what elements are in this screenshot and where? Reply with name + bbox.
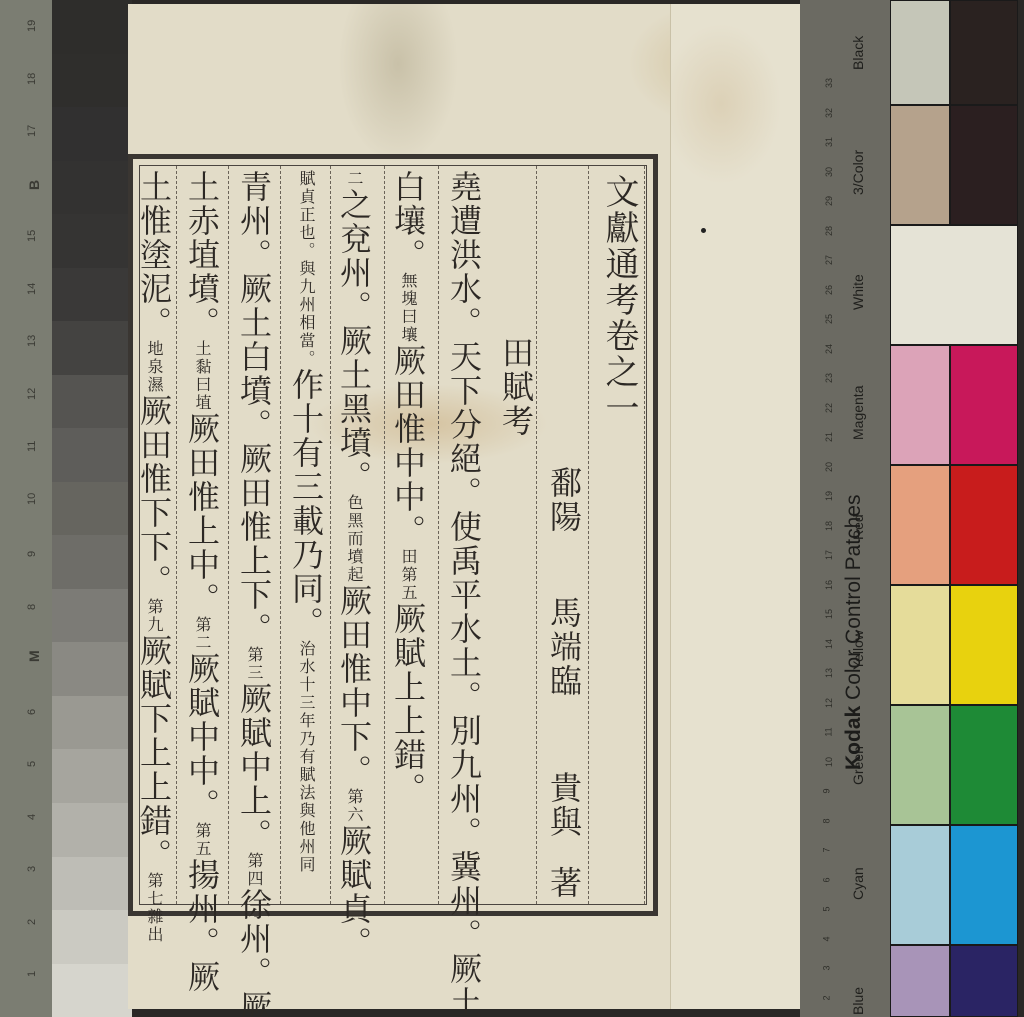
- ruler-number: 19: [824, 491, 834, 501]
- annotation: 第二: [193, 616, 212, 652]
- patch-yellow-light: [890, 585, 950, 705]
- ruler-tick: 8: [26, 580, 38, 610]
- ruler-number: 16: [824, 579, 834, 589]
- ruler-number: 9: [822, 788, 832, 793]
- annotation: 色黑而墳起: [345, 494, 364, 584]
- ruler-number: 10: [824, 756, 834, 766]
- author-verb: 著: [548, 866, 580, 900]
- main-text: 土惟塗泥。: [135, 170, 173, 340]
- annotation: 賦貞正也。與九州相當。: [297, 170, 316, 368]
- author-place: 鄱陽: [548, 466, 580, 534]
- gray-step: [52, 910, 132, 964]
- annotation: 二: [345, 170, 364, 188]
- ruler-tick: M: [26, 632, 42, 662]
- grayscale-ruler: 191817B15141312111098M654321: [0, 0, 52, 1017]
- ruler-tick: 5: [26, 737, 38, 767]
- ruler-number: 33: [824, 78, 834, 88]
- main-text: 厥田惟下下。: [135, 394, 173, 598]
- text-column-3: 二之兗州。厥土黑墳。色黑而墳起厥田惟中下。第六厥賦貞。: [338, 170, 370, 960]
- annotation: 第五: [193, 822, 212, 858]
- main-text: 厥賦中中。: [183, 652, 221, 822]
- kodak-logo: Kodak: [842, 706, 865, 770]
- text-column-1: 堯遭洪水。天下分絕。使禹平水土。別九州。冀州。厥土: [448, 170, 480, 1017]
- main-text: 揚州。厥: [183, 858, 221, 994]
- patch-yellow-dark: [950, 585, 1018, 705]
- ruler-number: 29: [824, 196, 834, 206]
- ruler-tick: 9: [26, 527, 38, 557]
- patch-label-blue: Blue: [850, 987, 866, 1015]
- ruler-number: 17: [824, 550, 834, 560]
- patch-3color-light: [890, 105, 950, 225]
- column-divider: [644, 166, 645, 904]
- main-text: 厥田惟中中。: [389, 344, 427, 548]
- gray-step: [52, 428, 132, 482]
- column-divider: [280, 166, 281, 904]
- ruler-tick: B: [26, 160, 42, 190]
- volume-title: 文獻通考卷之一: [602, 174, 636, 426]
- main-text: 厥賦中上。: [235, 682, 273, 852]
- ruler-tick: 3: [26, 842, 38, 872]
- column-divider: [588, 166, 589, 904]
- ruler-tick: 14: [26, 265, 38, 295]
- column-divider: [438, 166, 439, 904]
- annotation: 第七雜出: [145, 872, 164, 944]
- section-title: 田賦考: [500, 336, 532, 438]
- patch-label-3color: 3/Color: [850, 150, 866, 195]
- main-text: 厥田惟中下。: [335, 584, 373, 788]
- patch-black-light: [890, 0, 950, 105]
- gray-step: [52, 0, 132, 54]
- ruler-tick: 4: [26, 790, 38, 820]
- patch-label-magenta: Magenta: [850, 386, 866, 440]
- patch-label-black: Black: [850, 36, 866, 70]
- patch-green-dark: [950, 705, 1018, 825]
- ruler-number: 25: [824, 314, 834, 324]
- gray-step: [52, 54, 132, 108]
- ruler-number: 15: [824, 609, 834, 619]
- ruler-number: 20: [824, 461, 834, 471]
- patch-white: [890, 225, 1018, 345]
- ruler-number: 28: [824, 225, 834, 235]
- patch-blue-light: [890, 945, 950, 1017]
- ruler-number: 26: [824, 284, 834, 294]
- main-text: 土赤埴墳。: [183, 170, 221, 340]
- gray-step: [52, 107, 132, 161]
- main-text: 之兗州。厥土黑墳。: [335, 188, 373, 494]
- gray-step: [52, 696, 132, 750]
- ruler-number: 23: [824, 373, 834, 383]
- gray-step: [52, 375, 132, 429]
- author-courtesy-name: 貴與: [548, 771, 580, 839]
- annotation: 無塊曰壤: [399, 272, 418, 344]
- text-column-5: 青州。厥土白墳。厥田惟上下。第三厥賦中上。第四徐州。厥: [238, 170, 270, 1017]
- ruler-tick: 6: [26, 685, 38, 715]
- patch-label-white: White: [850, 274, 866, 310]
- patch-cyan-light: [890, 825, 950, 945]
- annotation: 土黏曰埴: [193, 340, 212, 412]
- gray-step: [52, 857, 132, 911]
- gray-step: [52, 321, 132, 375]
- text-column-2: 白壤。無塊曰壤厥田惟中中。田第五厥賦上上錯。: [392, 170, 424, 806]
- ruler-tick: 2: [26, 895, 38, 925]
- main-text: 青州。厥土白墳。厥田惟上下。: [235, 170, 273, 646]
- gray-step: [52, 803, 132, 857]
- ruler-number: 24: [824, 343, 834, 353]
- ruler-tick: 15: [26, 212, 38, 242]
- patch-magenta-light: [890, 345, 950, 465]
- patch-red-dark: [950, 465, 1018, 585]
- ruler-number: 11: [824, 727, 834, 736]
- ruler-number: 13: [824, 668, 834, 678]
- annotation: 地泉濕: [145, 340, 164, 394]
- patch-magenta-dark: [950, 345, 1018, 465]
- patch-3color-dark: [950, 105, 1018, 225]
- ruler-tick: 18: [26, 55, 38, 85]
- text-column-4: 賦貞正也。與九州相當。作十有三載乃同。治水十三年乃有賦法與他州同: [290, 170, 322, 874]
- main-text: 白壤。: [389, 170, 427, 272]
- gray-step: [52, 749, 132, 803]
- ink-spot: [701, 228, 706, 233]
- text-column-6: 土赤埴墳。土黏曰埴厥田惟上中。第二厥賦中中。第五揚州。厥: [186, 170, 218, 994]
- patch-green-light: [890, 705, 950, 825]
- gray-step: [52, 589, 132, 643]
- ruler-number: 2: [822, 995, 832, 1000]
- annotation: 治水十三年乃有賦法與他州同: [297, 640, 316, 874]
- ruler-number: 5: [822, 906, 832, 911]
- ruler-number: 7: [822, 847, 832, 852]
- text-block-inner-border: 文獻通考卷之一 鄱陽 馬端臨 貴與 著 田賦考 堯遭洪水。天下分絕。使禹平水土。…: [139, 165, 647, 905]
- patch-black-dark: [950, 0, 1018, 105]
- main-text: 作十有三載乃同。: [287, 368, 325, 640]
- ruler-tick: 13: [26, 317, 38, 347]
- ruler-number: 8: [822, 818, 832, 823]
- ruler-number: 3: [822, 965, 832, 970]
- gray-step: [52, 535, 132, 589]
- kodak-target-title: Kodak Color Control Patches: [842, 495, 866, 770]
- ruler-number: 21: [824, 432, 834, 442]
- main-text: 厥賦下上上錯。: [135, 634, 173, 872]
- ruler-tick: 10: [26, 475, 38, 505]
- grayscale-step-strip: [52, 0, 132, 1017]
- ruler-tick: 17: [26, 107, 38, 137]
- gray-step: [52, 214, 132, 268]
- book-spine-fold: [670, 4, 801, 1009]
- annotation: 第三: [245, 646, 264, 682]
- main-text: 厥賦貞。: [335, 824, 373, 960]
- main-text: 厥田惟上中。: [183, 412, 221, 616]
- author-name: 馬端臨: [548, 596, 580, 698]
- ruler-tick: 11: [26, 422, 38, 452]
- ruler-number: 30: [824, 166, 834, 176]
- text-block-frame: 文獻通考卷之一 鄱陽 馬端臨 貴與 著 田賦考 堯遭洪水。天下分絕。使禹平水土。…: [128, 154, 658, 916]
- ruler-number: 4: [822, 936, 832, 941]
- column-divider: [384, 166, 385, 904]
- ruler-number: 18: [824, 520, 834, 530]
- main-text: 徐州。厥: [235, 888, 273, 1017]
- ruler-number: 6: [822, 877, 832, 882]
- ruler-number: 32: [824, 107, 834, 117]
- target-title-text: Color Control Patches: [842, 495, 865, 700]
- annotation: 第六: [345, 788, 364, 824]
- ruler-number: 14: [824, 638, 834, 648]
- annotation: 第九: [145, 598, 164, 634]
- main-text: 厥賦上上錯。: [389, 602, 427, 806]
- ruler-number: 12: [824, 697, 834, 707]
- column-divider: [176, 166, 177, 904]
- annotation: 田第五: [399, 548, 418, 602]
- gray-step: [52, 268, 132, 322]
- patch-cyan-dark: [950, 825, 1018, 945]
- column-divider: [228, 166, 229, 904]
- column-divider: [536, 166, 537, 904]
- ruler-tick: 12: [26, 370, 38, 400]
- text-column-7: 土惟塗泥。地泉濕厥田惟下下。第九厥賦下上上錯。第七雜出: [138, 170, 170, 944]
- patch-red-light: [890, 465, 950, 585]
- patch-blue-dark: [950, 945, 1018, 1017]
- ruler-number: 31: [824, 137, 834, 147]
- annotation: 第四: [245, 852, 264, 888]
- gray-step: [52, 964, 132, 1017]
- ruler-number: 22: [824, 402, 834, 412]
- column-divider: [330, 166, 331, 904]
- ruler-number: 27: [824, 255, 834, 265]
- ruler-tick: 1: [26, 947, 38, 977]
- gray-step: [52, 482, 132, 536]
- gray-step: [52, 642, 132, 696]
- ruler-tick: 19: [26, 2, 38, 32]
- patch-label-cyan: Cyan: [850, 867, 866, 900]
- gray-step: [52, 161, 132, 215]
